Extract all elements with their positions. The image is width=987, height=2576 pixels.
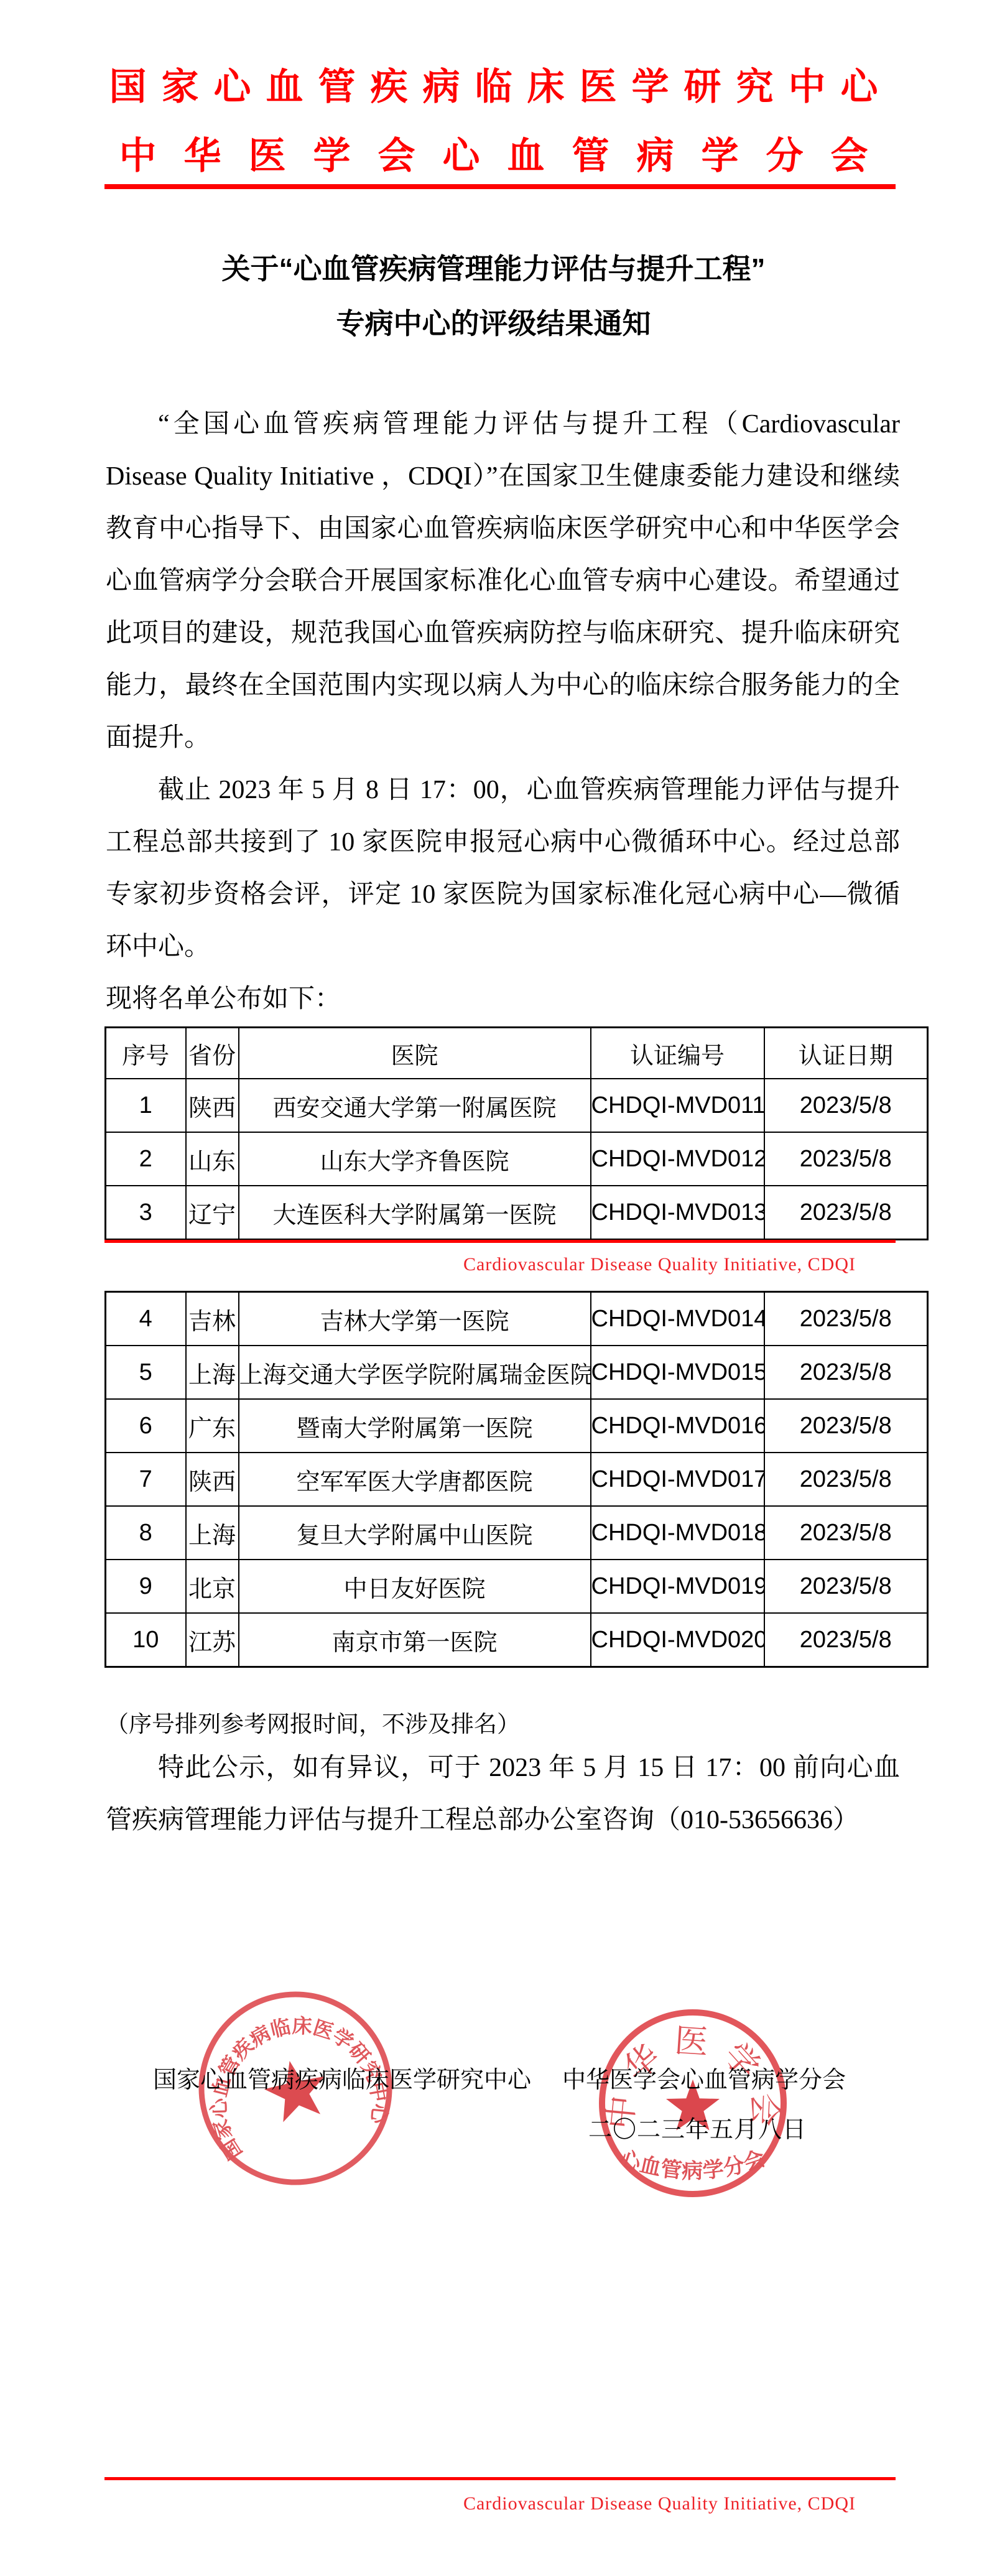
cell-index: 3: [106, 1186, 186, 1240]
table-row: 4 吉林 吉林大学第一医院 CHDQI-MVD014 2023/5/8: [106, 1292, 928, 1346]
cell-province: 山东: [186, 1132, 239, 1186]
table-row: 10 江苏 南京市第一医院 CHDQI-MVD020 2023/5/8: [106, 1613, 928, 1667]
cell-hospital: 大连医科大学附属第一医院: [239, 1186, 591, 1240]
cell-index: 8: [106, 1506, 186, 1560]
cell-index: 7: [106, 1453, 186, 1506]
page-footer-cdqi-1: Cardiovascular Disease Quality Initiativ…: [106, 1254, 856, 1275]
signature-date: 二〇二三年五月八日: [588, 2110, 807, 2144]
cell-cert-number: CHDQI-MVD020: [591, 1613, 764, 1667]
cell-cert-number: CHDQI-MVD011: [591, 1079, 764, 1132]
footnote-ranking-note: （序号排列参考网报时间，不涉及排名）: [106, 1709, 520, 1741]
cell-cert-date: 2023/5/8: [764, 1292, 928, 1346]
page-footer-rule-1: [104, 1240, 896, 1243]
table-row: 9 北京 中日友好医院 CHDQI-MVD019 2023/5/8: [106, 1560, 928, 1613]
cell-province: 陕西: [186, 1079, 239, 1132]
cell-index: 9: [106, 1560, 186, 1613]
cell-cert-date: 2023/5/8: [764, 1506, 928, 1560]
notice-document-page: 国家心血管疾病临床医学研究中心 中华医学会心血管病学分会 关于“心血管疾病管理能…: [0, 0, 987, 2576]
cell-index: 5: [106, 1346, 186, 1399]
hospital-table-page1: 序号 省份 医院 认证编号 认证日期 1 陕西 西安交通大学第一附属医院 CHD…: [104, 1026, 929, 1240]
cell-hospital: 南京市第一医院: [239, 1613, 591, 1667]
cell-cert-date: 2023/5/8: [764, 1399, 928, 1453]
paragraph-list-intro: 现将名单公布如下：: [106, 973, 900, 1025]
cell-province: 吉林: [186, 1292, 239, 1346]
cell-cert-number: CHDQI-MVD012: [591, 1132, 764, 1186]
signature-left-org: 国家心血管病疾病临床医学研究中心: [153, 2060, 531, 2095]
table-header-row: 序号 省份 医院 认证编号 认证日期: [106, 1028, 928, 1079]
page-footer-cdqi-2: Cardiovascular Disease Quality Initiativ…: [106, 2493, 856, 2514]
cell-province: 江苏: [186, 1613, 239, 1667]
cell-hospital: 空军军医大学唐都医院: [239, 1453, 591, 1506]
page-footer-rule-2: [104, 2477, 896, 2480]
col-header-cert-number: 认证编号: [591, 1028, 764, 1079]
cell-cert-date: 2023/5/8: [764, 1453, 928, 1506]
cell-hospital: 中日友好医院: [239, 1560, 591, 1613]
cell-province: 上海: [186, 1506, 239, 1560]
col-header-index: 序号: [106, 1028, 186, 1079]
col-header-province: 省份: [186, 1028, 239, 1079]
cell-index: 6: [106, 1399, 186, 1453]
notice-title-line-1: 关于“心血管疾病管理能力评估与提升工程”: [0, 246, 987, 287]
header-org-line-1: 国家心血管疾病临床医学研究中心: [0, 57, 987, 111]
cell-province: 辽宁: [186, 1186, 239, 1240]
cell-hospital: 上海交通大学医学院附属瑞金医院: [239, 1346, 591, 1399]
cell-cert-number: CHDQI-MVD013: [591, 1186, 764, 1240]
cell-index: 4: [106, 1292, 186, 1346]
cell-hospital: 山东大学齐鲁医院: [239, 1132, 591, 1186]
col-header-hospital: 医院: [239, 1028, 591, 1079]
paragraph-project-intro: “全国心血管疾病管理能力评估与提升工程（Cardiovascular Disea…: [106, 398, 900, 764]
cell-index: 1: [106, 1079, 186, 1132]
cell-index: 10: [106, 1613, 186, 1667]
cell-province: 上海: [186, 1346, 239, 1399]
cell-cert-date: 2023/5/8: [764, 1186, 928, 1240]
table-row: 6 广东 暨南大学附属第一医院 CHDQI-MVD016 2023/5/8: [106, 1399, 928, 1453]
cell-cert-number: CHDQI-MVD014: [591, 1292, 764, 1346]
header-rule: [104, 184, 896, 189]
table-row: 8 上海 复旦大学附属中山医院 CHDQI-MVD018 2023/5/8: [106, 1506, 928, 1560]
signature-right-org: 中华医学会心血管病学分会: [562, 2060, 846, 2095]
table-row: 1 陕西 西安交通大学第一附属医院 CHDQI-MVD011 2023/5/8: [106, 1079, 928, 1132]
paragraph-application-result: 截止 2023 年 5 月 8 日 17：00，心血管疾病管理能力评估与提升工程…: [106, 764, 900, 973]
notice-title-line-2: 专病中心的评级结果通知: [0, 301, 987, 342]
cell-cert-date: 2023/5/8: [764, 1079, 928, 1132]
hospital-table-page2: 4 吉林 吉林大学第一医院 CHDQI-MVD014 2023/5/8 5 上海…: [104, 1291, 929, 1668]
closing-paragraph: 特此公示，如有异议，可于 2023 年 5 月 15 日 17：00 前向心血管…: [106, 1742, 900, 1846]
header-org-line-2: 中华医学会心血管病学分会: [0, 126, 987, 180]
col-header-cert-date: 认证日期: [764, 1028, 928, 1079]
cell-cert-date: 2023/5/8: [764, 1560, 928, 1613]
table-row: 2 山东 山东大学齐鲁医院 CHDQI-MVD012 2023/5/8: [106, 1132, 928, 1186]
cell-cert-number: CHDQI-MVD019: [591, 1560, 764, 1613]
right-official-seal: 中华医学会 心血管病学分会: [596, 2008, 790, 2202]
cell-cert-number: CHDQI-MVD016: [591, 1399, 764, 1453]
cell-cert-number: CHDQI-MVD018: [591, 1506, 764, 1560]
cell-hospital: 吉林大学第一医院: [239, 1292, 591, 1346]
table-row: 3 辽宁 大连医科大学附属第一医院 CHDQI-MVD013 2023/5/8: [106, 1186, 928, 1240]
cell-cert-date: 2023/5/8: [764, 1132, 928, 1186]
cell-hospital: 暨南大学附属第一医院: [239, 1399, 591, 1453]
cell-cert-date: 2023/5/8: [764, 1613, 928, 1667]
cell-index: 2: [106, 1132, 186, 1186]
cell-cert-date: 2023/5/8: [764, 1346, 928, 1399]
cell-province: 陕西: [186, 1453, 239, 1506]
cell-cert-number: CHDQI-MVD015: [591, 1346, 764, 1399]
cell-hospital: 复旦大学附属中山医院: [239, 1506, 591, 1560]
table-row: 7 陕西 空军军医大学唐都医院 CHDQI-MVD017 2023/5/8: [106, 1453, 928, 1506]
table-row: 5 上海 上海交通大学医学院附属瑞金医院 CHDQI-MVD015 2023/5…: [106, 1346, 928, 1399]
cell-hospital: 西安交通大学第一附属医院: [239, 1079, 591, 1132]
cell-cert-number: CHDQI-MVD017: [591, 1453, 764, 1506]
cell-province: 北京: [186, 1560, 239, 1613]
cell-province: 广东: [186, 1399, 239, 1453]
